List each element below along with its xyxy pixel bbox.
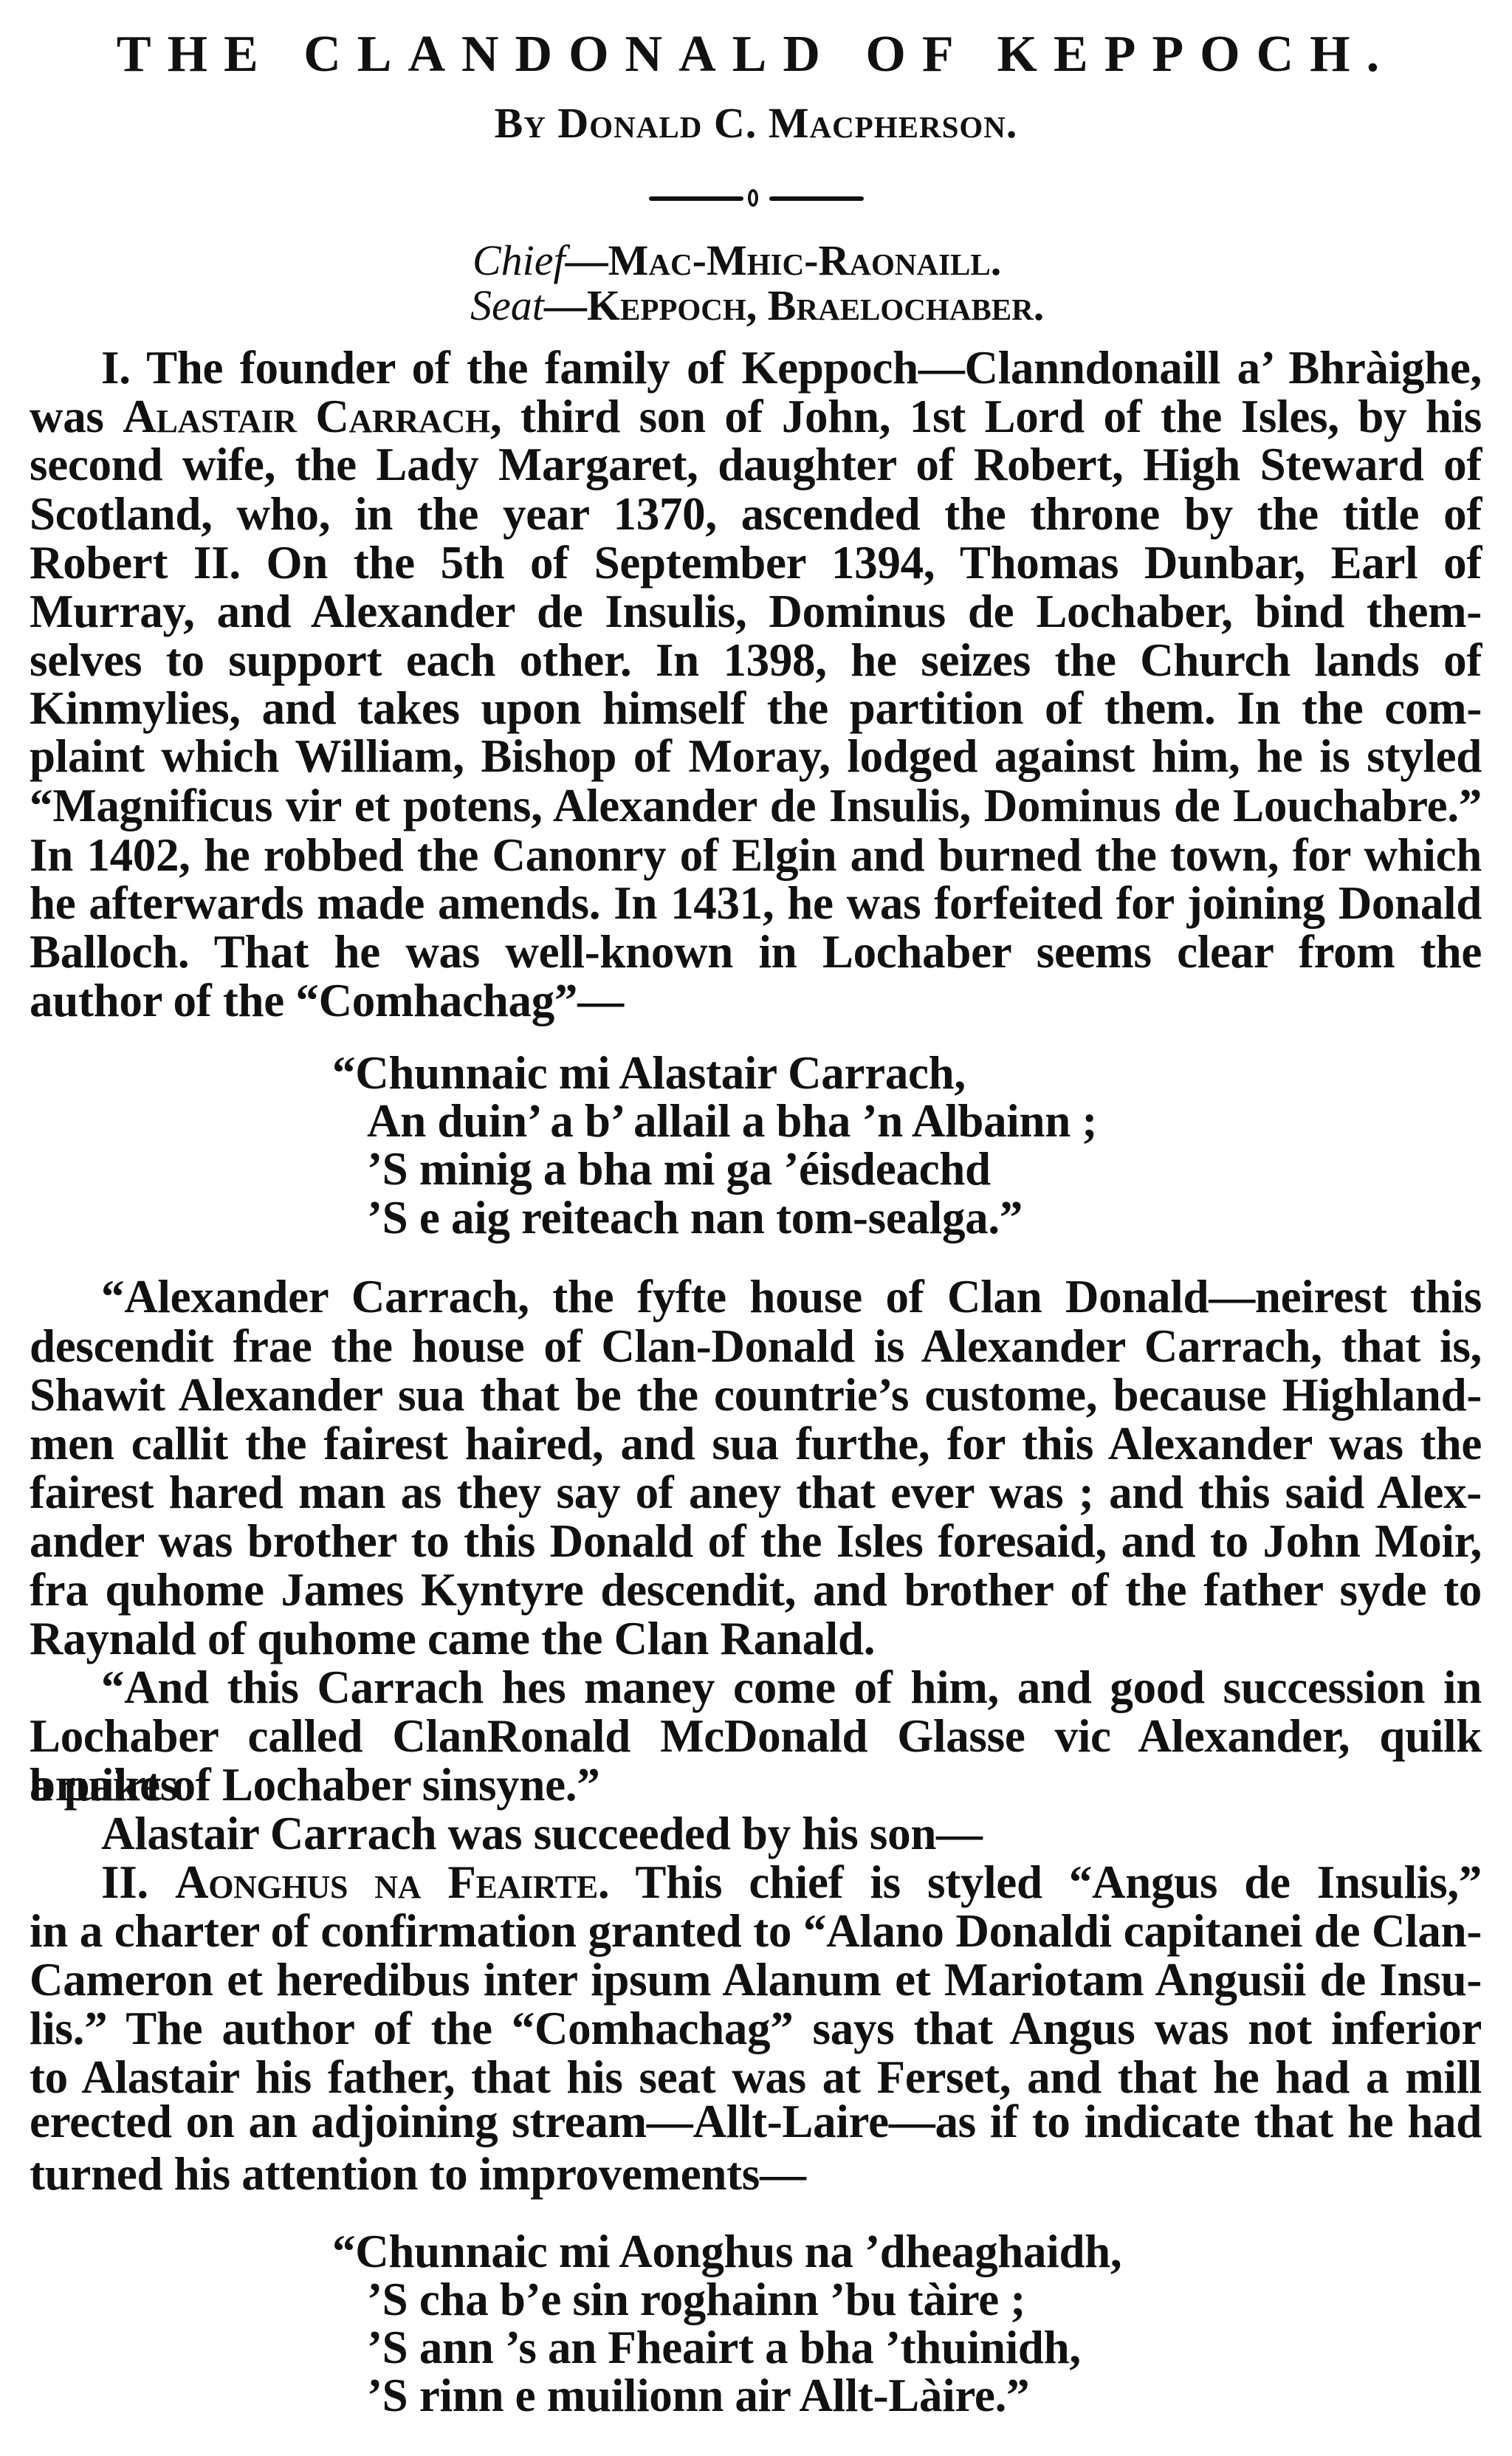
text-line: second wife, the Lady Margaret, daughter… xyxy=(30,440,1482,489)
section-numeral: II. xyxy=(101,1856,148,1908)
divider-ring-icon xyxy=(748,189,758,207)
text-line: lis.” The author of the “Comhachag” says… xyxy=(30,2004,1482,2053)
text-line: Robert II. On the 5th of September 1394,… xyxy=(30,538,1482,587)
text-line: Cameron et heredibus inter ipsum Alanum … xyxy=(30,1955,1482,2004)
text-line: Raynald of quhome came the Clan Ranald. xyxy=(30,1614,1482,1663)
text-fragment: , third son of John, 1st Lord of the Isl… xyxy=(490,391,1482,442)
text-line: I. The founder of the family of Keppoch—… xyxy=(101,343,1482,392)
text-fragment: This chief is styled “Angus de Insulis,” xyxy=(635,1856,1482,1908)
text-line: II. Aonghus na Feairte. This chief is st… xyxy=(101,1858,1482,1907)
verse-line: An duin’ a b’ allail a bha ’n Albainn ; xyxy=(367,1097,1097,1145)
text-line: Shawit Alexander sua that be the countri… xyxy=(30,1371,1482,1419)
text-line: descendit frae the house of Clan-Donald … xyxy=(30,1322,1482,1371)
text-line: to Alastair his father, that his seat wa… xyxy=(30,2053,1482,2102)
text-line: In 1402, he robbed the Canonry of Elgin … xyxy=(30,831,1482,879)
person-name-aonghus: Aonghus na Feairte. xyxy=(175,1856,609,1908)
author-byline: By Donald C. Macpherson. xyxy=(0,99,1512,148)
verse-line: “Chunnaic mi Aonghus na ’dheaghaidh, xyxy=(332,2227,1121,2276)
text-fragment: was xyxy=(30,391,104,442)
seat-line: Seat—Keppoch, Braelochaber. xyxy=(470,281,1044,330)
text-line: in a charter of confirmation granted to … xyxy=(30,1907,1482,1955)
text-line: Balloch. That he was well-known in Locha… xyxy=(30,927,1482,976)
text-line: author of the “Comhachag”— xyxy=(30,976,1482,1025)
text-line: he afterwards made amends. In 1431, he w… xyxy=(30,879,1482,927)
verse-line: ’S rinn e muilionn air Allt-Làire.” xyxy=(367,2371,1029,2420)
text-line: Lochaber called ClanRonald McDonald Glas… xyxy=(30,1712,1482,1760)
divider-rule-left xyxy=(649,196,743,201)
text-line: a pairt of Lochaber sinsyne.” xyxy=(30,1760,1482,1809)
text-line: “Alexander Carrach, the fyfte house of C… xyxy=(101,1272,1482,1321)
text-line: Alastair Carrach was succeeded by his so… xyxy=(101,1809,1482,1858)
seat-value: —Keppoch, Braelochaber. xyxy=(544,281,1044,329)
chief-line: Chief—Mac-Mhic-Raonaill. xyxy=(472,236,1001,285)
chief-value: —Mac-Mhic-Raonaill. xyxy=(566,236,1002,284)
verse-line: ’S ann ’s an Fheairt a bha ’thuinidh, xyxy=(367,2323,1081,2372)
text-line: ander was brother to this Donald of the … xyxy=(30,1517,1482,1565)
divider-rule-right xyxy=(769,196,864,201)
text-line: Kinmylies, and takes upon himself the pa… xyxy=(30,684,1482,733)
text-line: “And this Carrach hes maney come of him,… xyxy=(101,1663,1482,1712)
text-line: was Alastair Carrach, third son of John,… xyxy=(30,392,1482,441)
text-line: plaint which William, Bishop of Moray, l… xyxy=(30,732,1482,781)
verse-line: “Chunnaic mi Alastair Carrach, xyxy=(332,1049,966,1097)
verse-line: ’S e aig reiteach nan tom-sealga.” xyxy=(367,1193,1023,1242)
section-divider-ornament xyxy=(649,189,864,208)
text-line: “Magnificus vir et potens, Alexander de … xyxy=(30,781,1482,830)
text-line: fairest hared man as they say of aney th… xyxy=(30,1468,1482,1517)
article-title: THE CLANDONALD OF KEPPOCH. xyxy=(0,25,1512,84)
person-name-alastair-carrach: Alastair Carrach xyxy=(123,391,490,442)
chief-label: Chief xyxy=(472,236,566,284)
document-page: THE CLANDONALD OF KEPPOCH. By Donald C. … xyxy=(0,0,1512,2456)
text-line: Murray, and Alexander de Insulis, Dominu… xyxy=(30,587,1482,636)
text-line: turned his attention to improvements— xyxy=(30,2150,1482,2198)
verse-line: ’S minig a bha mi ga ’éisdeachd xyxy=(367,1145,991,1193)
seat-label: Seat xyxy=(470,281,544,329)
text-line: selves to support each other. In 1398, h… xyxy=(30,636,1482,685)
verse-line: ’S cha b’e sin roghainn ’bu tàire ; xyxy=(367,2275,1025,2324)
text-line: fra quhome James Kyntyre descendit, and … xyxy=(30,1565,1482,1614)
text-line: men callit the fairest haired, and sua f… xyxy=(30,1419,1482,1468)
text-line: Scotland, who, in the year 1370, ascende… xyxy=(30,490,1482,538)
text-line: erected on an adjoining stream—Allt-Lair… xyxy=(30,2097,1482,2146)
